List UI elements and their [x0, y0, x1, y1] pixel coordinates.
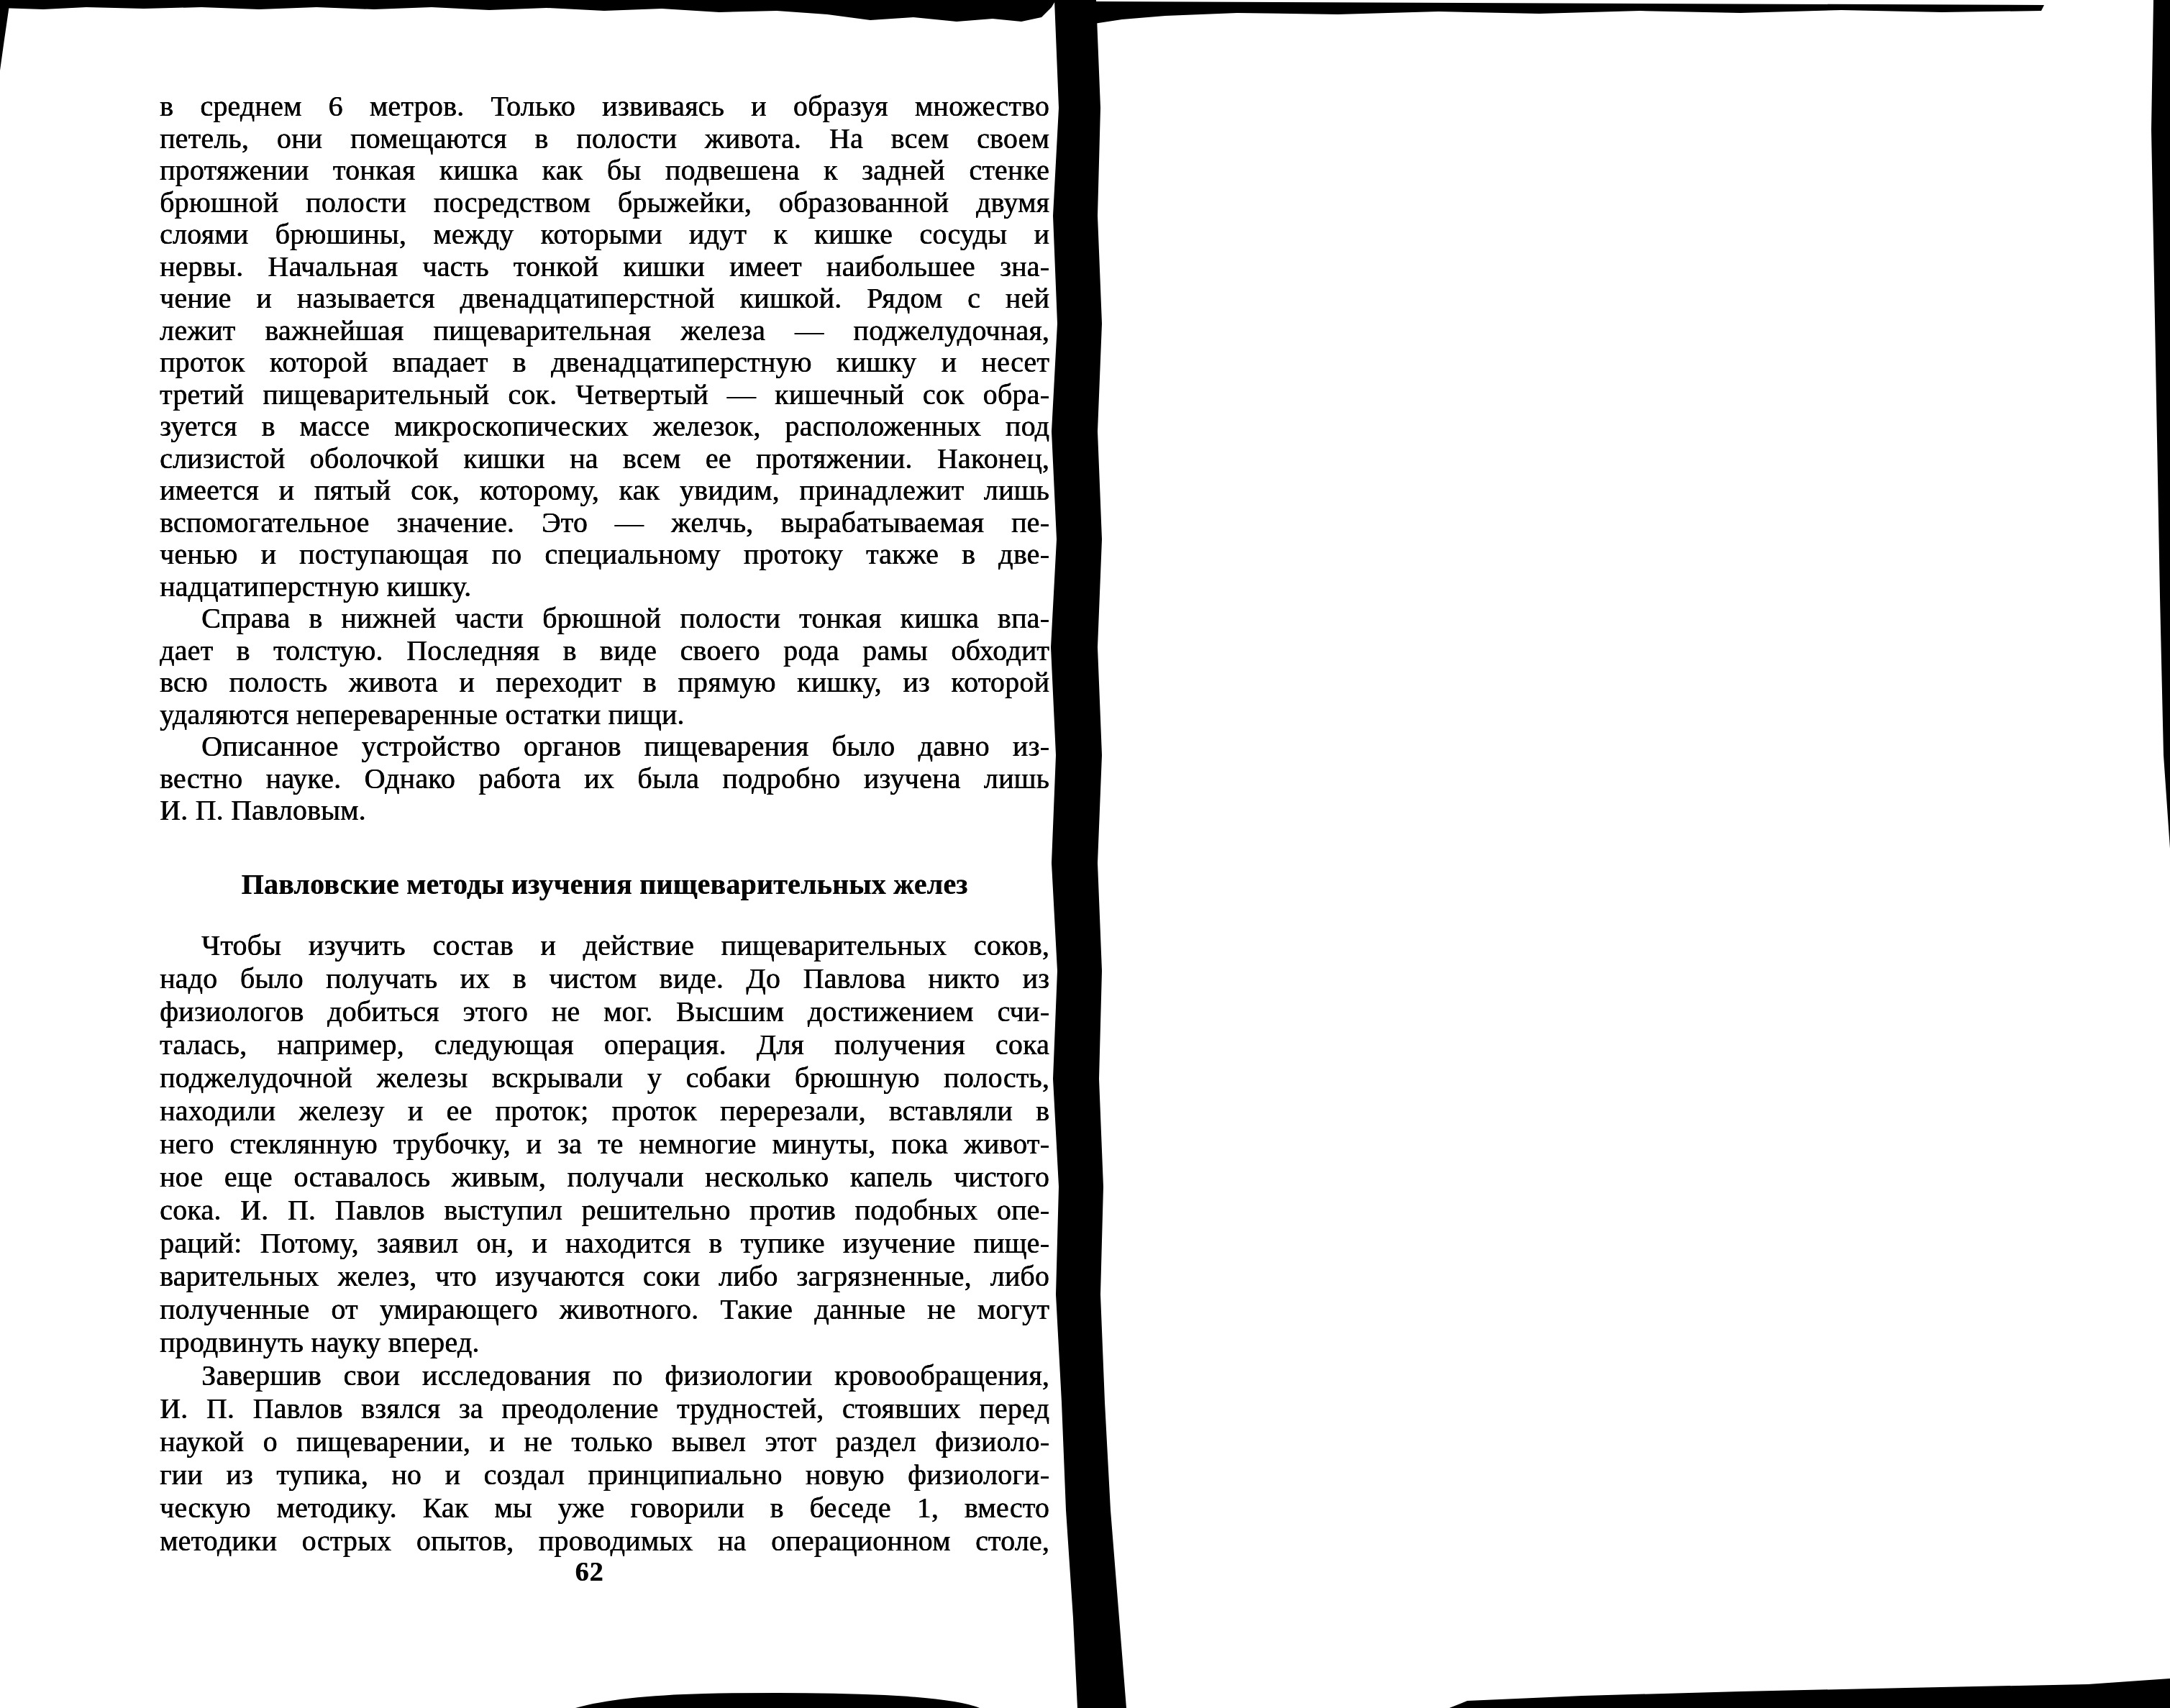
text-line: него стеклянную трубочку, и за те немног… [160, 1128, 1049, 1161]
text-line: находили железу и ее проток; проток пере… [160, 1095, 1049, 1128]
text-line: Справа в нижней части брюшной полости то… [160, 603, 1049, 635]
text-line: Чтобы изучить состав и действие пищевари… [160, 929, 1049, 962]
scan-spine-shadow [1051, 0, 1126, 1708]
text-line: третий пищеварительный сок. Четвертый — … [160, 379, 1049, 411]
text-line: вспомогательное значение. Это — желчь, в… [160, 507, 1049, 539]
text-line: протяжении тонкая кишка как бы подвешена… [160, 155, 1049, 187]
text-line: слизистой оболочкой кишки на всем ее про… [160, 443, 1049, 475]
text-line: продвинуть науку вперед. [160, 1326, 1049, 1359]
text-line: петель, они помещаются в полости живота.… [160, 123, 1049, 155]
text-line: И. П. Павловым. [160, 795, 1049, 827]
text-line: надо было получать их в чистом виде. До … [160, 962, 1049, 995]
text-line: физиологов добиться этого не мог. Высшим… [160, 995, 1049, 1028]
text-line: И. П. Павлов взялся за преодоление трудн… [160, 1392, 1049, 1425]
text-line: дает в толстую. Последняя в виде своего … [160, 635, 1049, 667]
page-62: в среднем 6 метров. Только извиваясь и о… [0, 0, 1050, 1708]
page-63: Павлов ввел в физиологию методику хронич… [1136, 0, 2170, 1708]
text-line: проток которой впадает в двенадцатиперст… [160, 347, 1049, 379]
text-line: ческую методику. Как мы уже говорили в б… [160, 1492, 1049, 1525]
text-line: нервы. Начальная часть тонкой кишки имее… [160, 251, 1049, 283]
text-line: Описанное устройство органов пищеварения… [160, 731, 1049, 763]
text-line: всю полость живота и переходит в прямую … [160, 667, 1049, 699]
book-spread: в среднем 6 метров. Только извиваясь и о… [0, 0, 2170, 1708]
text-line: чение и называется двенадцатиперстной ки… [160, 283, 1049, 315]
text-line: зуется в массе микроскопических железок,… [160, 411, 1049, 443]
text-line: удаляются непереваренные остатки пищи. [160, 699, 1049, 731]
text-line: брюшной полости посредством брыжейки, об… [160, 187, 1049, 219]
text-line: слоями брюшины, между которыми идут к ки… [160, 219, 1049, 251]
text-line: лежит важнейшая пищеварительная железа —… [160, 315, 1049, 347]
text-line: наукой о пищеварении, и не только вывел … [160, 1425, 1049, 1458]
text-line: ченью и поступающая по специальному прот… [160, 539, 1049, 571]
text-line: вестно науке. Однако работа их была подр… [160, 763, 1049, 795]
text-line: поджелудочной железы вскрывали у собаки … [160, 1061, 1049, 1095]
text-line: раций: Потому, заявил он, и находится в … [160, 1227, 1049, 1260]
text-line: ное еще оставалось живым, получали неско… [160, 1161, 1049, 1194]
text-line: сока. И. П. Павлов выступил решительно п… [160, 1194, 1049, 1227]
text-line: методики острых опытов, проводимых на оп… [160, 1525, 1049, 1558]
text-line: надцатиперстную кишку. [160, 571, 1049, 603]
text-line: Завершив свои исследования по физиологии… [160, 1359, 1049, 1392]
text-line: имеется и пятый сок, которому, как увиди… [160, 475, 1049, 507]
paragraph-block: Чтобы изучить состав и действие пищевари… [160, 929, 1049, 1558]
text-line: варительных желез, что изучаются соки ли… [160, 1260, 1049, 1293]
text-line: полученные от умирающего животного. Таки… [160, 1293, 1049, 1326]
text-line: гии из тупика, но и создал принципиально… [160, 1458, 1049, 1492]
page-number-left: 62 [160, 1556, 1019, 1588]
text-line: талась, например, следующая операция. Дл… [160, 1028, 1049, 1061]
section-heading: Павловские методы изучения пищеварительн… [160, 867, 1049, 901]
paragraph-block: в среднем 6 метров. Только извиваясь и о… [160, 91, 1049, 827]
text-line: в среднем 6 метров. Только извиваясь и о… [160, 91, 1049, 123]
